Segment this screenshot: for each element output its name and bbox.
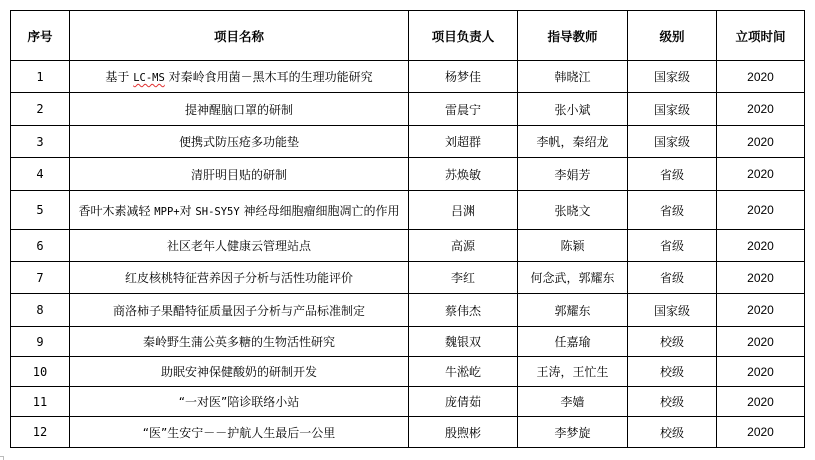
cell-level: 校级 — [628, 387, 717, 417]
cell-leader: 蔡伟杰 — [409, 294, 518, 327]
cell-year: 2020 — [717, 191, 805, 230]
cell-leader: 吕渊 — [409, 191, 518, 230]
cell-level: 校级 — [628, 417, 717, 448]
cell-level: 省级 — [628, 191, 717, 230]
document-page: 序号 项目名称 项目负责人 指导教师 级别 立项时间 1 基于 LC-MS 对秦… — [0, 0, 815, 460]
cell-leader: 刘超群 — [409, 126, 518, 158]
name-latin-term: LC-MS — [133, 72, 165, 84]
cell-name: “一对医”陪诊联络小站 — [70, 387, 409, 417]
cell-year: 2020 — [717, 417, 805, 448]
paragraph-corner-mark — [0, 456, 4, 460]
cell-level: 省级 — [628, 262, 717, 294]
header-seq: 序号 — [11, 11, 70, 61]
table-row: 9 秦岭野生蒲公英多糖的生物活性研究 魏银双 任嘉瑜 校级 2020 — [11, 327, 805, 357]
cell-advisor: 李娟芳 — [518, 158, 628, 191]
cell-advisor: 王涛，王忙生 — [518, 357, 628, 387]
cell-level: 省级 — [628, 158, 717, 191]
cell-name: 秦岭野生蒲公英多糖的生物活性研究 — [70, 327, 409, 357]
cell-advisor: 李嫱 — [518, 387, 628, 417]
cell-level: 校级 — [628, 327, 717, 357]
cell-seq: 1 — [11, 61, 70, 93]
cell-year: 2020 — [717, 387, 805, 417]
cell-leader: 苏焕敏 — [409, 158, 518, 191]
name-text: 香叶木素减轻 — [78, 204, 154, 218]
table-row: 3 便携式防压疮多功能垫 刘超群 李帆，秦绍龙 国家级 2020 — [11, 126, 805, 158]
cell-seq: 3 — [11, 126, 70, 158]
cell-seq: 11 — [11, 387, 70, 417]
cell-seq: 12 — [11, 417, 70, 448]
cell-name: “医”生安宁－－护航人生最后一公里 — [70, 417, 409, 448]
cell-seq: 10 — [11, 357, 70, 387]
table-row: 12 “医”生安宁－－护航人生最后一公里 殷煦彬 李梦旋 校级 2020 — [11, 417, 805, 448]
cell-leader: 魏银双 — [409, 327, 518, 357]
cell-year: 2020 — [717, 357, 805, 387]
cell-year: 2020 — [717, 327, 805, 357]
table-row: 2 提神醒脑口罩的研制 雷晨宁 张小斌 国家级 2020 — [11, 93, 805, 126]
table-header-row: 序号 项目名称 项目负责人 指导教师 级别 立项时间 — [11, 11, 805, 61]
header-level: 级别 — [628, 11, 717, 61]
table-row: 5 香叶木素减轻 MPP+对 SH-SY5Y 神经母细胞瘤细胞凋亡的作用 吕渊 … — [11, 191, 805, 230]
cell-year: 2020 — [717, 93, 805, 126]
cell-seq: 7 — [11, 262, 70, 294]
name-text: 基于 — [105, 70, 133, 84]
cell-level: 国家级 — [628, 126, 717, 158]
cell-seq: 6 — [11, 230, 70, 262]
cell-leader: 殷煦彬 — [409, 417, 518, 448]
cell-seq: 8 — [11, 294, 70, 327]
cell-advisor: 李梦旋 — [518, 417, 628, 448]
cell-seq: 4 — [11, 158, 70, 191]
cell-year: 2020 — [717, 158, 805, 191]
table-row: 7 红皮核桃特征营养因子分析与活性功能评价 李红 何念武，郭耀东 省级 2020 — [11, 262, 805, 294]
cell-level: 省级 — [628, 230, 717, 262]
table-row: 10 助眠安神保健酸奶的研制开发 牛淞屹 王涛，王忙生 校级 2020 — [11, 357, 805, 387]
cell-name: 社区老年人健康云管理站点 — [70, 230, 409, 262]
cell-name: 提神醒脑口罩的研制 — [70, 93, 409, 126]
cell-name: 便携式防压疮多功能垫 — [70, 126, 409, 158]
cell-advisor: 张小斌 — [518, 93, 628, 126]
cell-advisor: 何念武，郭耀东 — [518, 262, 628, 294]
name-text: 对秦岭食用菌－黑木耳的生理功能研究 — [165, 70, 373, 84]
cell-seq: 9 — [11, 327, 70, 357]
header-name: 项目名称 — [70, 11, 409, 61]
table-row: 4 清肝明目贴的研制 苏焕敏 李娟芳 省级 2020 — [11, 158, 805, 191]
cell-year: 2020 — [717, 262, 805, 294]
header-advisor: 指导教师 — [518, 11, 628, 61]
cell-name: 商洛柿子果醋特征质量因子分析与产品标准制定 — [70, 294, 409, 327]
cell-year: 2020 — [717, 230, 805, 262]
cell-level: 国家级 — [628, 294, 717, 327]
table-row: 6 社区老年人健康云管理站点 高源 陈颖 省级 2020 — [11, 230, 805, 262]
table-row: 8 商洛柿子果醋特征质量因子分析与产品标准制定 蔡伟杰 郭耀东 国家级 2020 — [11, 294, 805, 327]
cell-year: 2020 — [717, 126, 805, 158]
cell-advisor: 韩晓江 — [518, 61, 628, 93]
cell-advisor: 郭耀东 — [518, 294, 628, 327]
cell-leader: 雷晨宁 — [409, 93, 518, 126]
header-leader: 项目负责人 — [409, 11, 518, 61]
cell-advisor: 李帆，秦绍龙 — [518, 126, 628, 158]
projects-table: 序号 项目名称 项目负责人 指导教师 级别 立项时间 1 基于 LC-MS 对秦… — [10, 10, 805, 448]
table-row: 11 “一对医”陪诊联络小站 庞倩茹 李嫱 校级 2020 — [11, 387, 805, 417]
cell-name: 基于 LC-MS 对秦岭食用菌－黑木耳的生理功能研究 — [70, 61, 409, 93]
name-latin-term: SH-SY5Y — [195, 206, 239, 218]
cell-leader: 高源 — [409, 230, 518, 262]
name-text: 对 — [180, 204, 196, 218]
cell-advisor: 张晓文 — [518, 191, 628, 230]
cell-name: 香叶木素减轻 MPP+对 SH-SY5Y 神经母细胞瘤细胞凋亡的作用 — [70, 191, 409, 230]
cell-advisor: 陈颖 — [518, 230, 628, 262]
cell-name: 清肝明目贴的研制 — [70, 158, 409, 191]
cell-leader: 李红 — [409, 262, 518, 294]
cell-year: 2020 — [717, 61, 805, 93]
cell-seq: 2 — [11, 93, 70, 126]
cell-level: 校级 — [628, 357, 717, 387]
cell-year: 2020 — [717, 294, 805, 327]
cell-leader: 杨梦佳 — [409, 61, 518, 93]
cell-name: 助眠安神保健酸奶的研制开发 — [70, 357, 409, 387]
cell-leader: 庞倩茹 — [409, 387, 518, 417]
cell-level: 国家级 — [628, 93, 717, 126]
table-row: 1 基于 LC-MS 对秦岭食用菌－黑木耳的生理功能研究 杨梦佳 韩晓江 国家级… — [11, 61, 805, 93]
header-year: 立项时间 — [717, 11, 805, 61]
cell-leader: 牛淞屹 — [409, 357, 518, 387]
cell-advisor: 任嘉瑜 — [518, 327, 628, 357]
cell-level: 国家级 — [628, 61, 717, 93]
name-text: 神经母细胞瘤细胞凋亡的作用 — [240, 204, 400, 218]
cell-name: 红皮核桃特征营养因子分析与活性功能评价 — [70, 262, 409, 294]
name-latin-term: MPP+ — [154, 206, 179, 218]
cell-seq: 5 — [11, 191, 70, 230]
